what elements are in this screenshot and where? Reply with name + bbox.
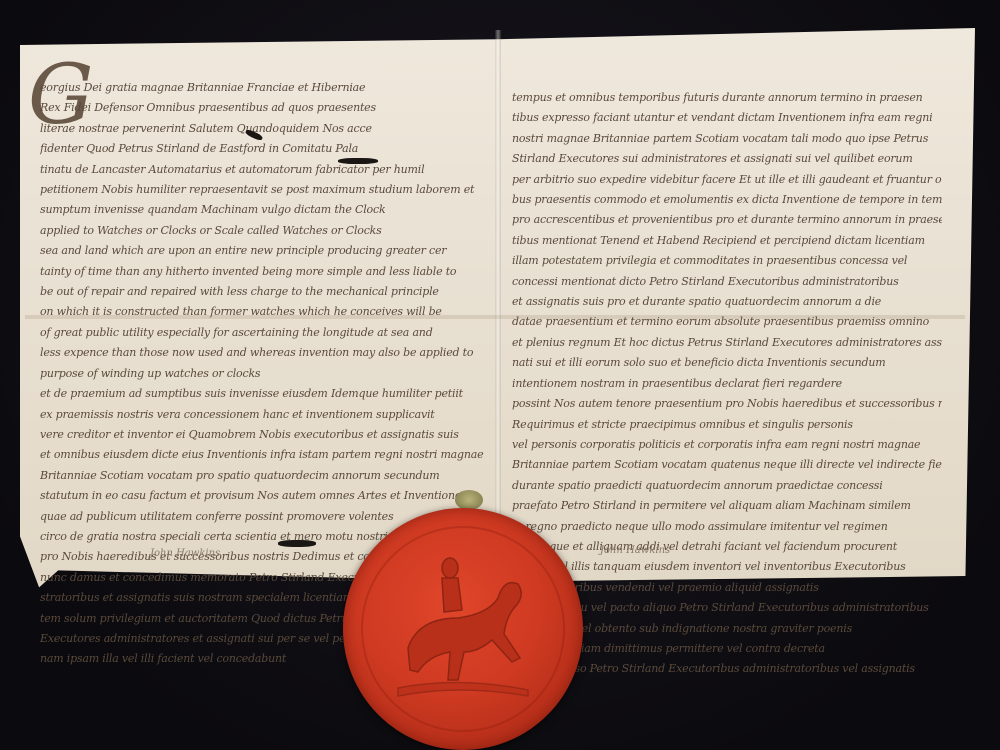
manuscript-line: illam potestatem privilegia et commodita… <box>512 251 942 271</box>
manuscript-line: fidenter Quod Petrus Stirland de Eastfor… <box>40 139 495 159</box>
manuscript-line: statutum in eo casu factum et provisum N… <box>40 486 495 506</box>
manuscript-line: et assignatis suis pro et durante spatio… <box>512 292 942 312</box>
manuscript-line: datae praesentium et termino eorum absol… <box>512 312 942 332</box>
manuscript-line: Britanniae Scotiam vocatam pro spatio qu… <box>40 466 495 486</box>
manuscript-line: eorgius Dei gratia magnae Britanniae Fra… <box>40 78 495 98</box>
manuscript-line: praefato Petro Stirland in permitere vel… <box>512 496 942 516</box>
manuscript-line: ex praemissis nostris vera concessionem … <box>40 405 495 425</box>
manuscript-line: pro accrescentibus et provenientibus pro… <box>512 210 942 230</box>
manuscript-line: et de praemium ad sumptibus suis invenis… <box>40 384 495 404</box>
manuscript-line: Stirland Executores sui administratores … <box>512 149 942 169</box>
manuscript-line: per arbitrio suo expedire videbitur face… <box>512 170 942 190</box>
manuscript-line: tinatu de Lancaster Automatarius et auto… <box>40 160 495 180</box>
manuscript-line: Rex Fidei Defensor Omnibus praesentibus … <box>40 98 495 118</box>
manuscript-line: applied to Watches or Clocks or Scale ca… <box>40 221 495 241</box>
manuscript-line: in regno praedicto neque ullo modo assim… <box>512 517 942 537</box>
manuscript-line: aliquid vel illis tanquam eiusdem invent… <box>512 557 942 577</box>
signature-left: John Hawkins <box>150 548 220 559</box>
ink-mark <box>338 158 378 164</box>
manuscript-line: tibus mentionat Tenend et Habend Recipie… <box>512 231 942 251</box>
manuscript-line: Requirimus et stricte praecipimus omnibu… <box>512 415 942 435</box>
manuscript-line: concessi mentionat dicto Petro Stirland … <box>512 272 942 292</box>
manuscript-line: sea and land which are upon an entire ne… <box>40 241 495 261</box>
manuscript-line: vel personis corporatis politicis et cor… <box>512 435 942 455</box>
manuscript-line: sumptum invenisse quandam Machinam vulgo… <box>40 200 495 220</box>
signature-right: John Hawkins <box>600 545 670 556</box>
manuscript-line: purpose of winding up watches or clocks <box>40 364 495 384</box>
manuscript-line: less expence than those now used and whe… <box>40 343 495 363</box>
manuscript-line: on which it is constructed than former w… <box>40 302 495 322</box>
ink-mark <box>278 540 316 547</box>
manuscript-line: durante spatio praedicti quatuordecim an… <box>512 476 942 496</box>
manuscript-line: possint Nos autem tenore praesentium pro… <box>512 394 942 414</box>
vertical-fold-line <box>495 30 501 570</box>
equestrian-figure-icon <box>388 548 538 708</box>
manuscript-line: intentionem nostram in praesentibus decl… <box>512 374 942 394</box>
manuscript-line: et omnibus eiusdem dicte eius Inventioni… <box>40 445 495 465</box>
manuscript-line: literae nostrae pervenerint Salutem Quan… <box>40 119 495 139</box>
manuscript-line: nati sui et illi eorum solo suo et benef… <box>512 353 942 373</box>
manuscript-line: be out of repair and repaired with less … <box>40 282 495 302</box>
manuscript-line: nostri magnae Britanniae partem Scotiam … <box>512 129 942 149</box>
manuscript-line: et plenius regnum Et hoc dictus Petrus S… <box>512 333 942 353</box>
manuscript-line: tempus et omnibus temporibus futuris dur… <box>512 88 942 108</box>
manuscript-line: tibus expresso faciant utantur et vendan… <box>512 108 942 128</box>
manuscript-line: petitionem Nobis humiliter repraesentavi… <box>40 180 495 200</box>
manuscript-line: tainty of time than any hitherto invente… <box>40 262 495 282</box>
wax-seal <box>343 508 583 750</box>
manuscript-line: vere creditor et inventor ei Quamobrem N… <box>40 425 495 445</box>
manuscript-line: Britanniae partem Scotiam vocatam quaten… <box>512 455 942 475</box>
manuscript-line: bus praesentis commodo et emolumentis ex… <box>512 190 942 210</box>
seal-cord <box>455 490 483 510</box>
manuscript-line: lent neque et alliquam addi vel detrahi … <box>512 537 942 557</box>
manuscript-line: of great public utility especially for a… <box>40 323 495 343</box>
